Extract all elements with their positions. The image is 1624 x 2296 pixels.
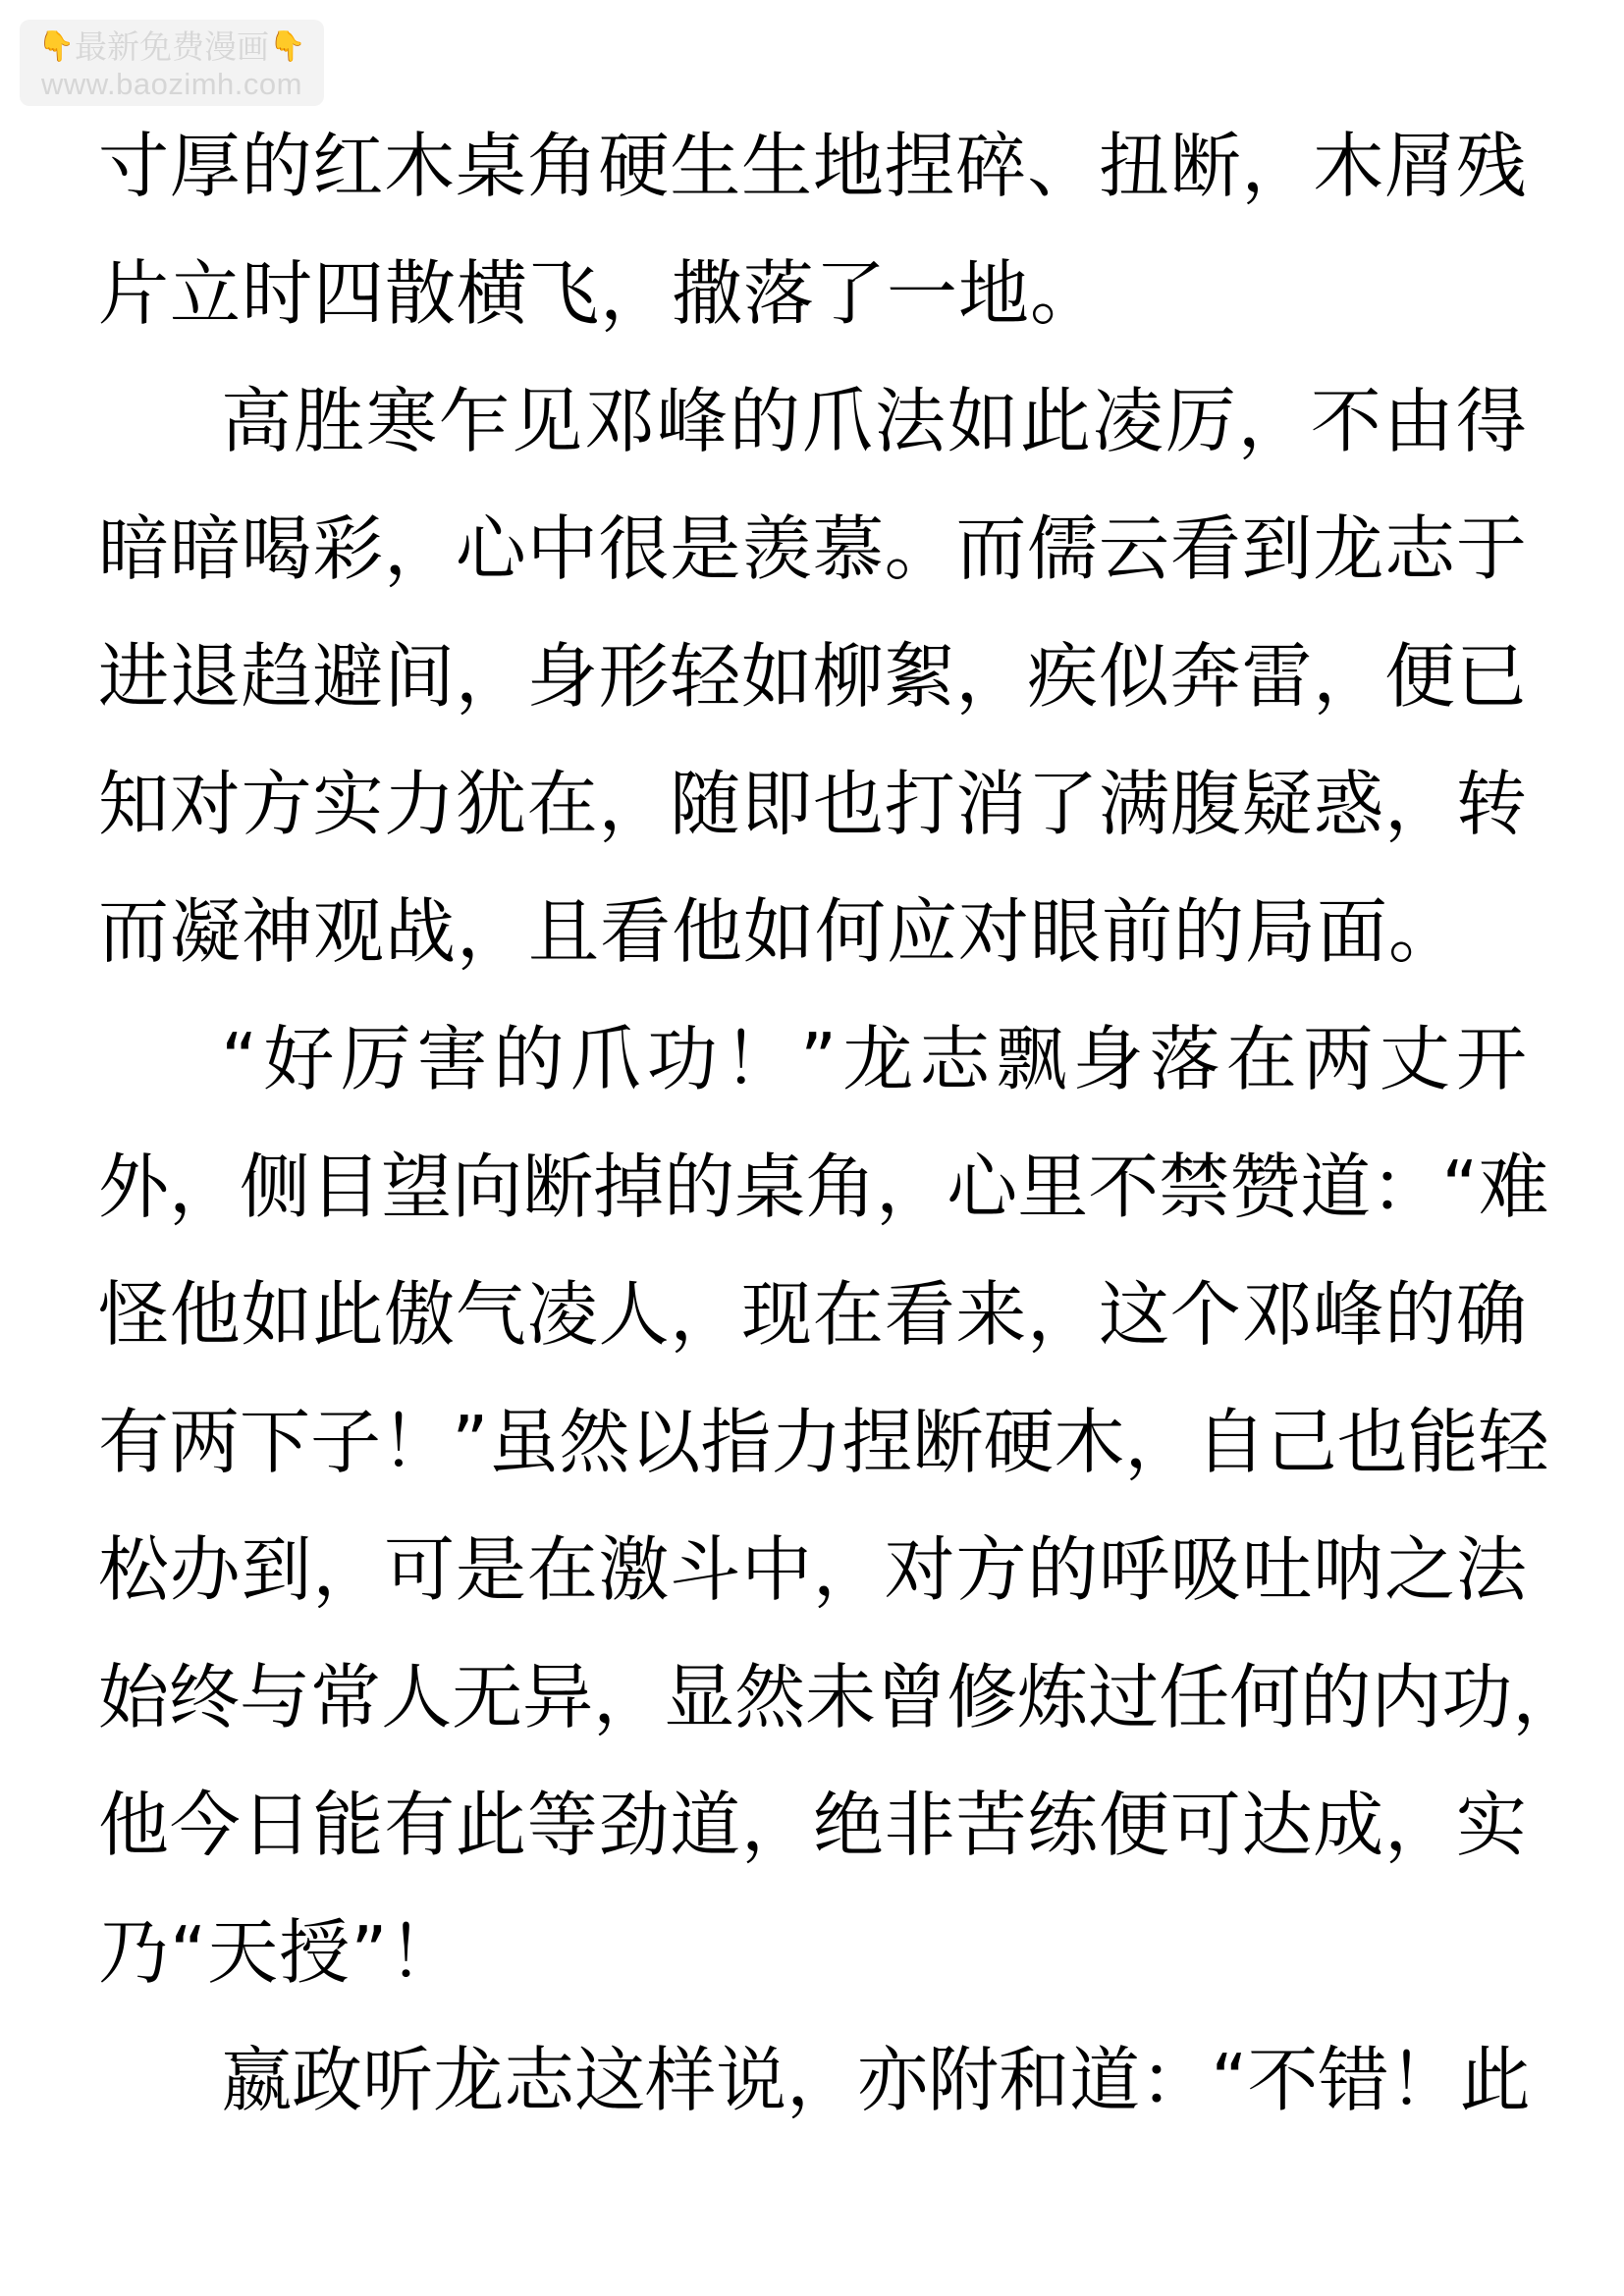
text-line: 知对方实力犹在，随即也打消了满腹疑惑，转 [98,740,1527,868]
text-line: 松办到，可是在激斗中，对方的呼吸吐呐之法 [98,1506,1527,1633]
text-line: 暗暗喝彩，心中很是羡慕。而儒云看到龙志于 [98,485,1527,613]
text-line: 高胜寒乍见邓峰的爪法如此凌厉，不由得 [221,357,1527,485]
text-line: “好厉害的爪功！”龙志飘身落在两丈开 [221,995,1527,1123]
text-line: 嬴政听龙志这样说，亦附和道：“不错！此 [221,2016,1527,2144]
text-line: 外，侧目望向断掉的桌角，心里不禁赞道：“难 [98,1123,1527,1251]
text-line: 而凝神观战，且看他如何应对眼前的局面。 [98,868,1460,995]
text-line: 乃“天授”！ [98,1889,460,2016]
text-line: 怪他如此傲气凌人，现在看来，这个邓峰的确 [98,1251,1527,1378]
text-line: 进退趋避间，身形轻如柳絮，疾似奔雷，便已 [98,613,1527,740]
text-line: 始终与常人无异，显然未曾修炼过任何的内功， [98,1633,1527,1761]
text-line: 片立时四散横飞，撒落了一地。 [98,230,1102,357]
text-line: 他今日能有此等劲道，绝非苦练便可达成，实 [98,1761,1527,1889]
text-line: 有两下子！”虽然以指力捏断硬木，自己也能轻 [98,1378,1527,1506]
novel-text-page: 寸厚的红木桌角硬生生地捏碎、扭断，木屑残 片立时四散横飞，撒落了一地。 高胜寒乍… [0,0,1624,2296]
text-line: 寸厚的红木桌角硬生生地捏碎、扭断，木屑残 [98,102,1527,230]
